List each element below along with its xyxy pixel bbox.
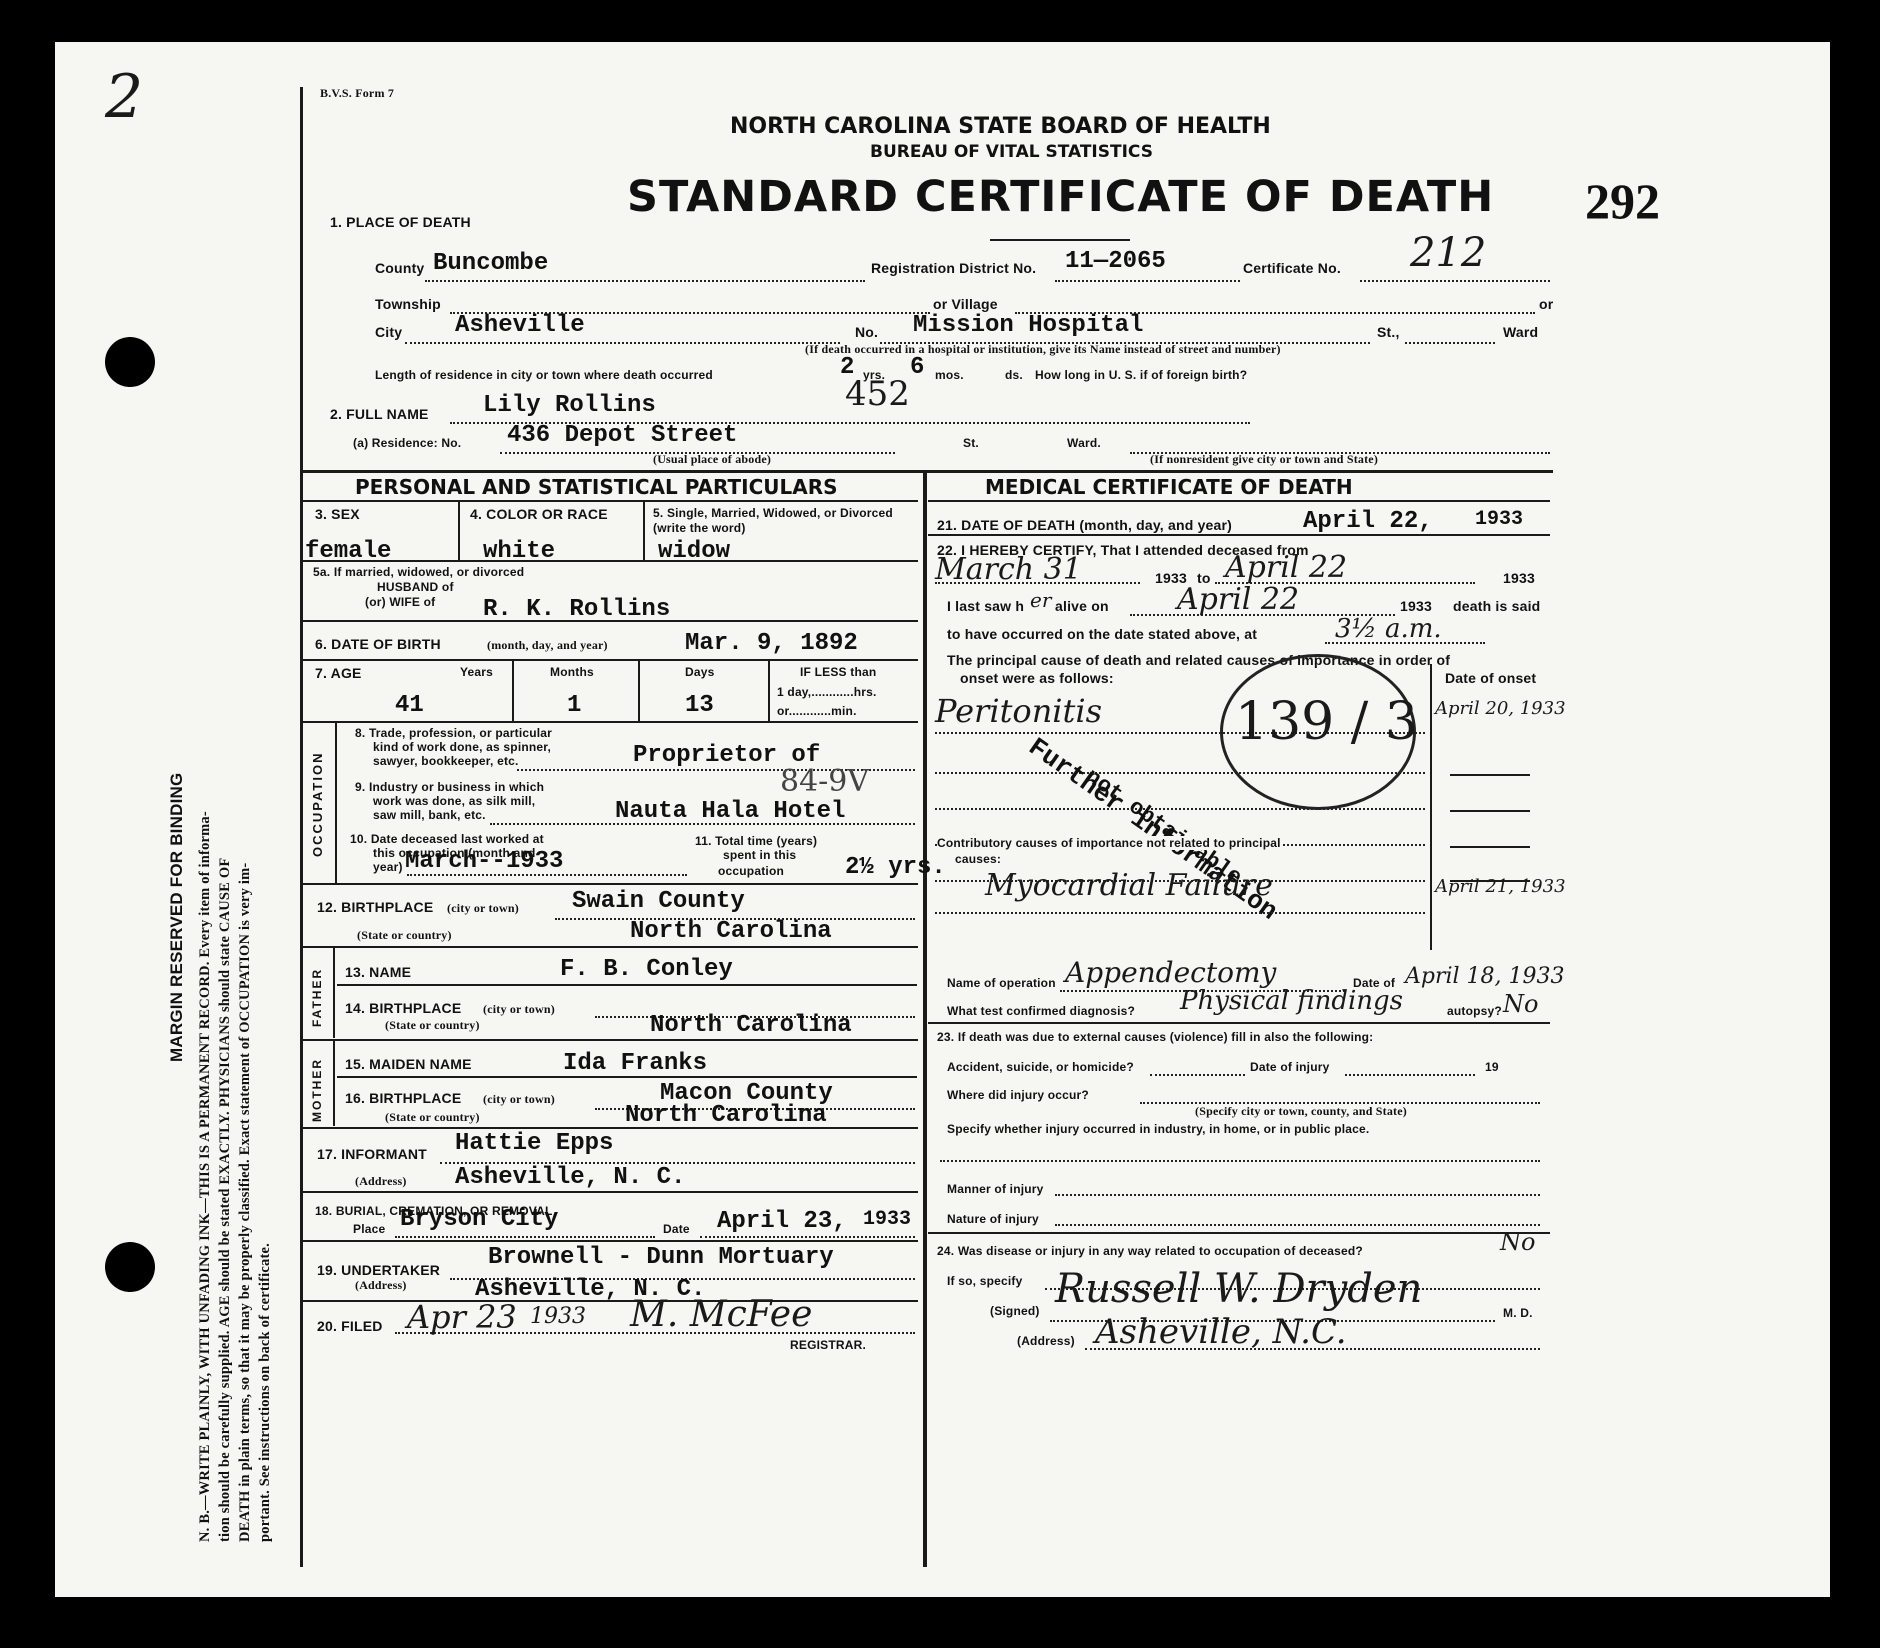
title-rule <box>990 239 1130 241</box>
attended-from-field[interactable]: March 31 <box>935 552 1082 587</box>
filed-year-field[interactable]: 1933 <box>530 1304 586 1329</box>
county-field[interactable]: Buncombe <box>433 250 548 277</box>
father-birthplace-label: 14. BIRTHPLACE <box>345 1000 461 1016</box>
principal-onset-field[interactable]: April 20, 1933 <box>1435 698 1566 719</box>
full-name-label: 2. FULL NAME <box>330 406 429 422</box>
informant-field[interactable]: Hattie Epps <box>455 1130 613 1157</box>
occupation-related-field[interactable]: No <box>1500 1228 1535 1256</box>
age-years-field[interactable]: 41 <box>395 692 424 719</box>
full-name-field[interactable]: Lily Rollins <box>483 392 656 419</box>
page-title: STANDARD CERTIFICATE OF DEATH <box>627 172 1494 222</box>
reg-district-field[interactable]: 11—2065 <box>1065 248 1166 275</box>
binder-hole-icon <box>105 337 155 387</box>
birthplace-label: 12. BIRTHPLACE <box>317 899 433 915</box>
mother-name-label: 15. MAIDEN NAME <box>345 1056 472 1072</box>
test-field[interactable]: Physical findings <box>1180 986 1403 1016</box>
undertaker-label: 19. UNDERTAKER <box>317 1262 440 1278</box>
mother-birthplace-label: 16. BIRTHPLACE <box>345 1090 461 1106</box>
father-name-field[interactable]: F. B. Conley <box>560 956 733 983</box>
operation-date-field[interactable]: April 18, 1933 <box>1405 964 1565 989</box>
st-label: St., <box>1377 324 1400 340</box>
dod-year-field[interactable]: 1933 <box>1475 508 1523 531</box>
father-birthplace-state-field[interactable]: North Carolina <box>650 1012 852 1039</box>
name-annotation: 452 <box>845 374 910 414</box>
stamp-number: 292 <box>1585 172 1660 230</box>
physician-signature: Russell W. Dryden <box>1055 1266 1422 1312</box>
instructions-line: N. B.—WRITE PLAINLY, WITH UNFADING INK—T… <box>197 811 214 1542</box>
informant-label: 17. INFORMANT <box>317 1146 427 1162</box>
street-no-label: No. <box>855 324 878 340</box>
principal-cause-field[interactable]: Peritonitis <box>935 692 1102 730</box>
burial-year-field[interactable]: 1933 <box>863 1208 911 1231</box>
institution-field[interactable]: Mission Hospital <box>913 312 1143 339</box>
spouse-field[interactable]: R. K. Rollins <box>483 596 670 623</box>
attended-to-field[interactable]: April 22 <box>1225 550 1347 585</box>
age-months-field[interactable]: 1 <box>567 692 581 719</box>
last-worked-field[interactable]: March--1933 <box>405 848 563 875</box>
city-label: City <box>375 324 402 340</box>
certificate-no-label: Certificate No. <box>1243 260 1341 276</box>
marital-label: 5. Single, Married, Widowed, or Divorced… <box>653 506 913 536</box>
column-divider <box>923 472 927 1567</box>
residence-length-label: Length of residence in city or town wher… <box>375 368 713 382</box>
birthplace-state-field[interactable]: North Carolina <box>630 918 832 945</box>
autopsy-field[interactable]: No <box>1503 990 1538 1018</box>
race-label: 4. COLOR OR RACE <box>470 506 608 522</box>
mother-birthplace-state-field[interactable]: North Carolina <box>625 1102 827 1129</box>
personal-section-title: PERSONAL AND STATISTICAL PARTICULARS <box>355 475 838 499</box>
corner-mark: 2 <box>105 62 143 132</box>
city-field[interactable]: Asheville <box>455 312 585 339</box>
contributory-cause-field[interactable]: Myocardial Failure <box>985 868 1273 903</box>
age-label: 7. AGE <box>315 665 362 681</box>
binder-hole-icon <box>105 1242 155 1292</box>
contributory-onset-field[interactable]: April 21, 1933 <box>1435 876 1566 897</box>
circled-code: 139 / 3 <box>1235 692 1418 752</box>
onset-header: Date of onset <box>1445 670 1536 686</box>
physician-address: Asheville, N.C. <box>1095 1312 1347 1352</box>
township-label: Township <box>375 296 441 312</box>
undertaker-field[interactable]: Brownell - Dunn Mortuary <box>488 1244 834 1271</box>
father-name-label: 13. NAME <box>345 964 411 980</box>
instructions-line: tion should be carefully supplied. AGE s… <box>217 858 234 1542</box>
registrar-label: REGISTRAR. <box>790 1338 866 1352</box>
death-certificate: 2 MARGIN RESERVED FOR BINDING N. B.—WRIT… <box>55 42 1830 1597</box>
dod-label: 21. DATE OF DEATH (month, day, and year) <box>937 517 1232 533</box>
father-side-label: FATHER <box>310 968 324 1027</box>
instructions-line: portant. See instructions on back of cer… <box>257 1243 274 1542</box>
foreign-birth-label: How long in U. S. if of foreign birth? <box>1035 368 1247 382</box>
birthplace-city-field[interactable]: Swain County <box>572 888 745 915</box>
burial-date-field[interactable]: April 23, <box>717 1208 847 1235</box>
village-label: or Village <box>933 296 998 312</box>
county-label: County <box>375 260 424 276</box>
last-saw-pronoun[interactable]: er <box>1030 588 1051 612</box>
sex-label: 3. SEX <box>315 506 360 522</box>
operation-field[interactable]: Appendectomy <box>1065 956 1276 989</box>
dod-field[interactable]: April 22, <box>1303 508 1433 535</box>
mother-name-field[interactable]: Ida Franks <box>563 1050 707 1077</box>
last-saw-date-field[interactable]: April 22 <box>1177 582 1299 617</box>
certificate-no-field[interactable]: 212 <box>1410 230 1486 276</box>
trade-annotation: 84-9V <box>780 764 869 799</box>
dob-label: 6. DATE OF BIRTH <box>315 636 441 652</box>
board-name: NORTH CAROLINA STATE BOARD OF HEALTH <box>730 114 1271 139</box>
occupation-side-label: OCCUPATION <box>310 752 325 857</box>
age-days-field[interactable]: 13 <box>685 692 714 719</box>
ward-label: Ward <box>1503 324 1538 340</box>
hospital-note: (If death occurred in a hospital or inst… <box>805 342 1281 357</box>
binding-margin-note: MARGIN RESERVED FOR BINDING <box>167 773 187 1062</box>
residence-label: (a) Residence: No. <box>353 436 461 450</box>
informant-address-field[interactable]: Asheville, N. C. <box>455 1164 685 1191</box>
industry-field[interactable]: Nauta Hala Hotel <box>615 798 845 825</box>
registrar-signature: M. McFee <box>630 1294 812 1335</box>
instructions-line: DEATH in plain terms, so that it may be … <box>237 863 254 1542</box>
form-id: B.V.S. Form 7 <box>320 86 394 101</box>
dob-field[interactable]: Mar. 9, 1892 <box>685 630 858 657</box>
margin-rule <box>300 87 303 1567</box>
medical-section-title: MEDICAL CERTIFICATE OF DEATH <box>985 475 1353 499</box>
mother-side-label: MOTHER <box>310 1058 324 1122</box>
residence-months-field[interactable]: 6 <box>910 354 924 381</box>
filed-label: 20. FILED <box>317 1318 383 1334</box>
time-of-death-field[interactable]: 3½ a.m. <box>1335 614 1442 644</box>
filed-date-field[interactable]: Apr 23 <box>407 1298 517 1336</box>
bureau-name: BUREAU OF VITAL STATISTICS <box>870 142 1153 162</box>
total-time-field[interactable]: 2½ yrs. <box>845 854 946 881</box>
residence-field[interactable]: 436 Depot Street <box>507 422 737 449</box>
burial-place-field[interactable]: Bryson City <box>400 1206 558 1233</box>
place-of-death-label: 1. PLACE OF DEATH <box>330 214 471 230</box>
reg-district-label: Registration District No. <box>871 260 1036 276</box>
or-label: or <box>1539 296 1553 312</box>
